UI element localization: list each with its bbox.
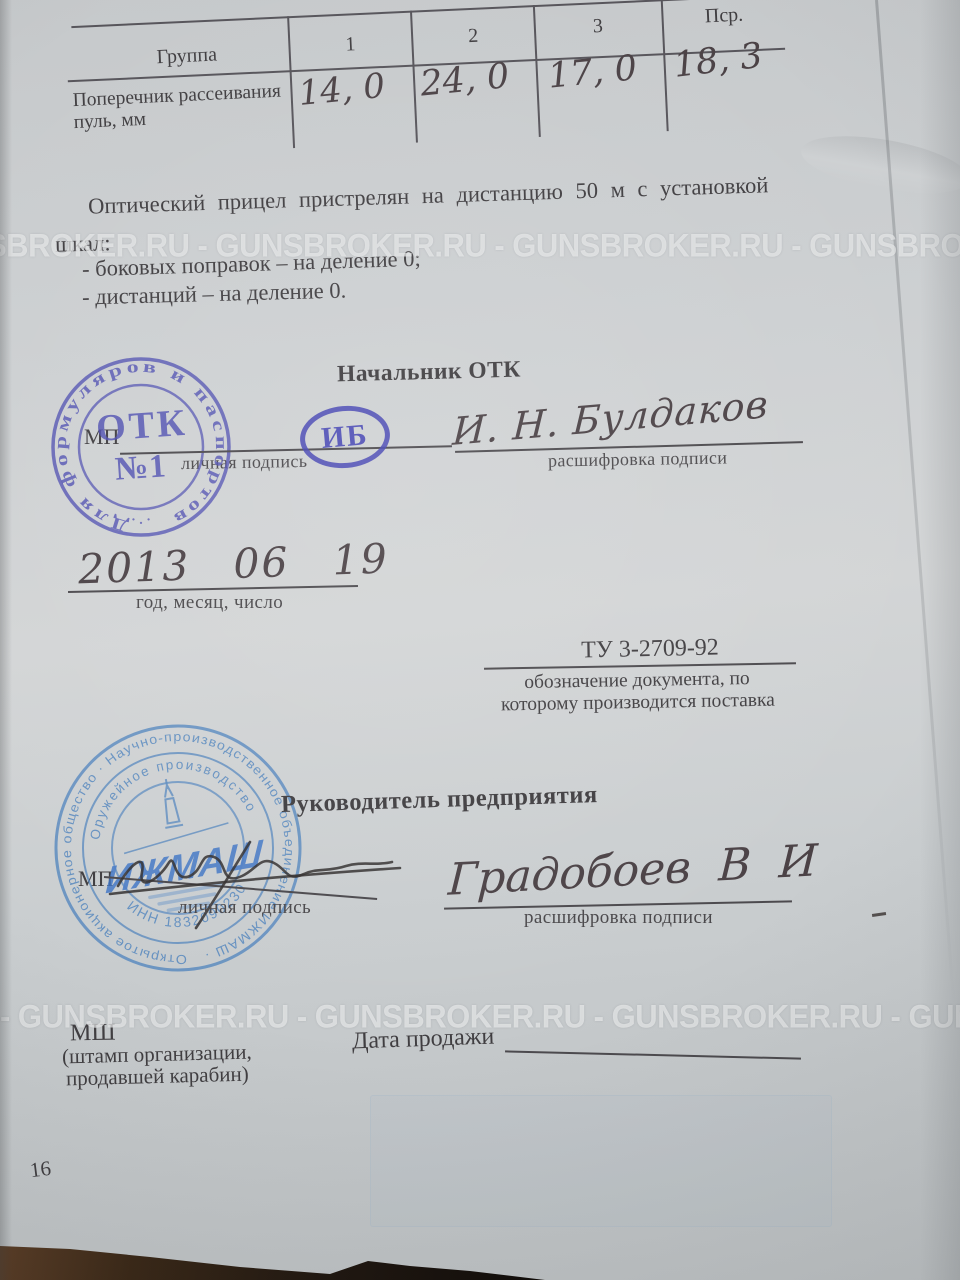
table-value-3: 17, 0 bbox=[546, 48, 639, 97]
sale-date-line bbox=[505, 1050, 801, 1059]
otk-heading: Начальник ОТК bbox=[337, 357, 522, 389]
tu-caption-line2: которому производится поставка bbox=[478, 689, 798, 717]
sighting-line1: Оптический прицел пристрелян на дистанци… bbox=[88, 170, 828, 219]
watermark-band-2: - GUNSBROKER.RU - GUNSBROKER.RU - GUNSBR… bbox=[0, 998, 960, 1036]
table-value-1: 14, 0 bbox=[297, 66, 387, 114]
photo-right-edge-shade bbox=[920, 0, 960, 1280]
watermark-band-1: SBROKER.RU - GUNSBROKER.RU - GUNSBROKER.… bbox=[0, 227, 960, 265]
stray-pen-dash bbox=[872, 912, 886, 916]
paper-crease bbox=[875, 0, 955, 1007]
table-row-label: Поперечник рассеивания пуль, мм bbox=[72, 80, 292, 134]
dispersion-table: Группа 1 2 3 Пср. Поперечник рассеивания… bbox=[65, 0, 788, 160]
director-heading: Руководитель предприятия bbox=[281, 781, 598, 819]
table-group-header: Группа bbox=[106, 41, 267, 71]
msh-caption-line2: продавшей карабин) bbox=[66, 1062, 249, 1092]
director-signature-name: Градобоев В И bbox=[447, 835, 819, 906]
table-value-avg: 18, 3 bbox=[672, 36, 765, 86]
date-caption: год, месяц, число bbox=[136, 592, 283, 614]
reverse-side-show-through bbox=[370, 1095, 832, 1227]
ib-stamp-text: ИБ bbox=[320, 418, 370, 456]
row-label-line1: Поперечник рассеивания bbox=[72, 81, 281, 111]
sighting-item-distance: - дистанций – на деление 0. bbox=[82, 278, 347, 311]
decode-label-director: расшифровка подписи bbox=[524, 907, 713, 929]
decode-label-otk: расшифровка подписи bbox=[548, 447, 728, 471]
table-col-2: 2 bbox=[414, 22, 533, 50]
otk-stamp-center-line1: ОТК bbox=[95, 402, 189, 450]
tu-document-code: ТУ 3-2709-92 bbox=[520, 633, 781, 665]
document-photo: Группа 1 2 3 Пср. Поперечник рассеивания… bbox=[0, 0, 960, 1280]
personal-signature-label-director: личная подпись bbox=[178, 897, 311, 919]
photo-left-edge-shade bbox=[0, 0, 12, 1280]
table-value-2: 24, 0 bbox=[418, 56, 511, 105]
otk-round-stamp: Для формуляров и паспортов ОТК №1 · . · bbox=[46, 352, 236, 542]
page-number: 16 bbox=[29, 1156, 53, 1183]
table-col-avg: Пср. bbox=[664, 2, 784, 30]
ib-oval-stamp: ИБ bbox=[297, 402, 392, 472]
row-label-line2: пуль, мм bbox=[73, 109, 146, 133]
director-signature-scrawl bbox=[100, 824, 450, 939]
table-col-3: 3 bbox=[536, 12, 659, 41]
background-table-surface bbox=[0, 1240, 960, 1280]
otk-stamp-dots: · . · bbox=[131, 513, 151, 528]
table-col-1: 1 bbox=[291, 31, 410, 59]
